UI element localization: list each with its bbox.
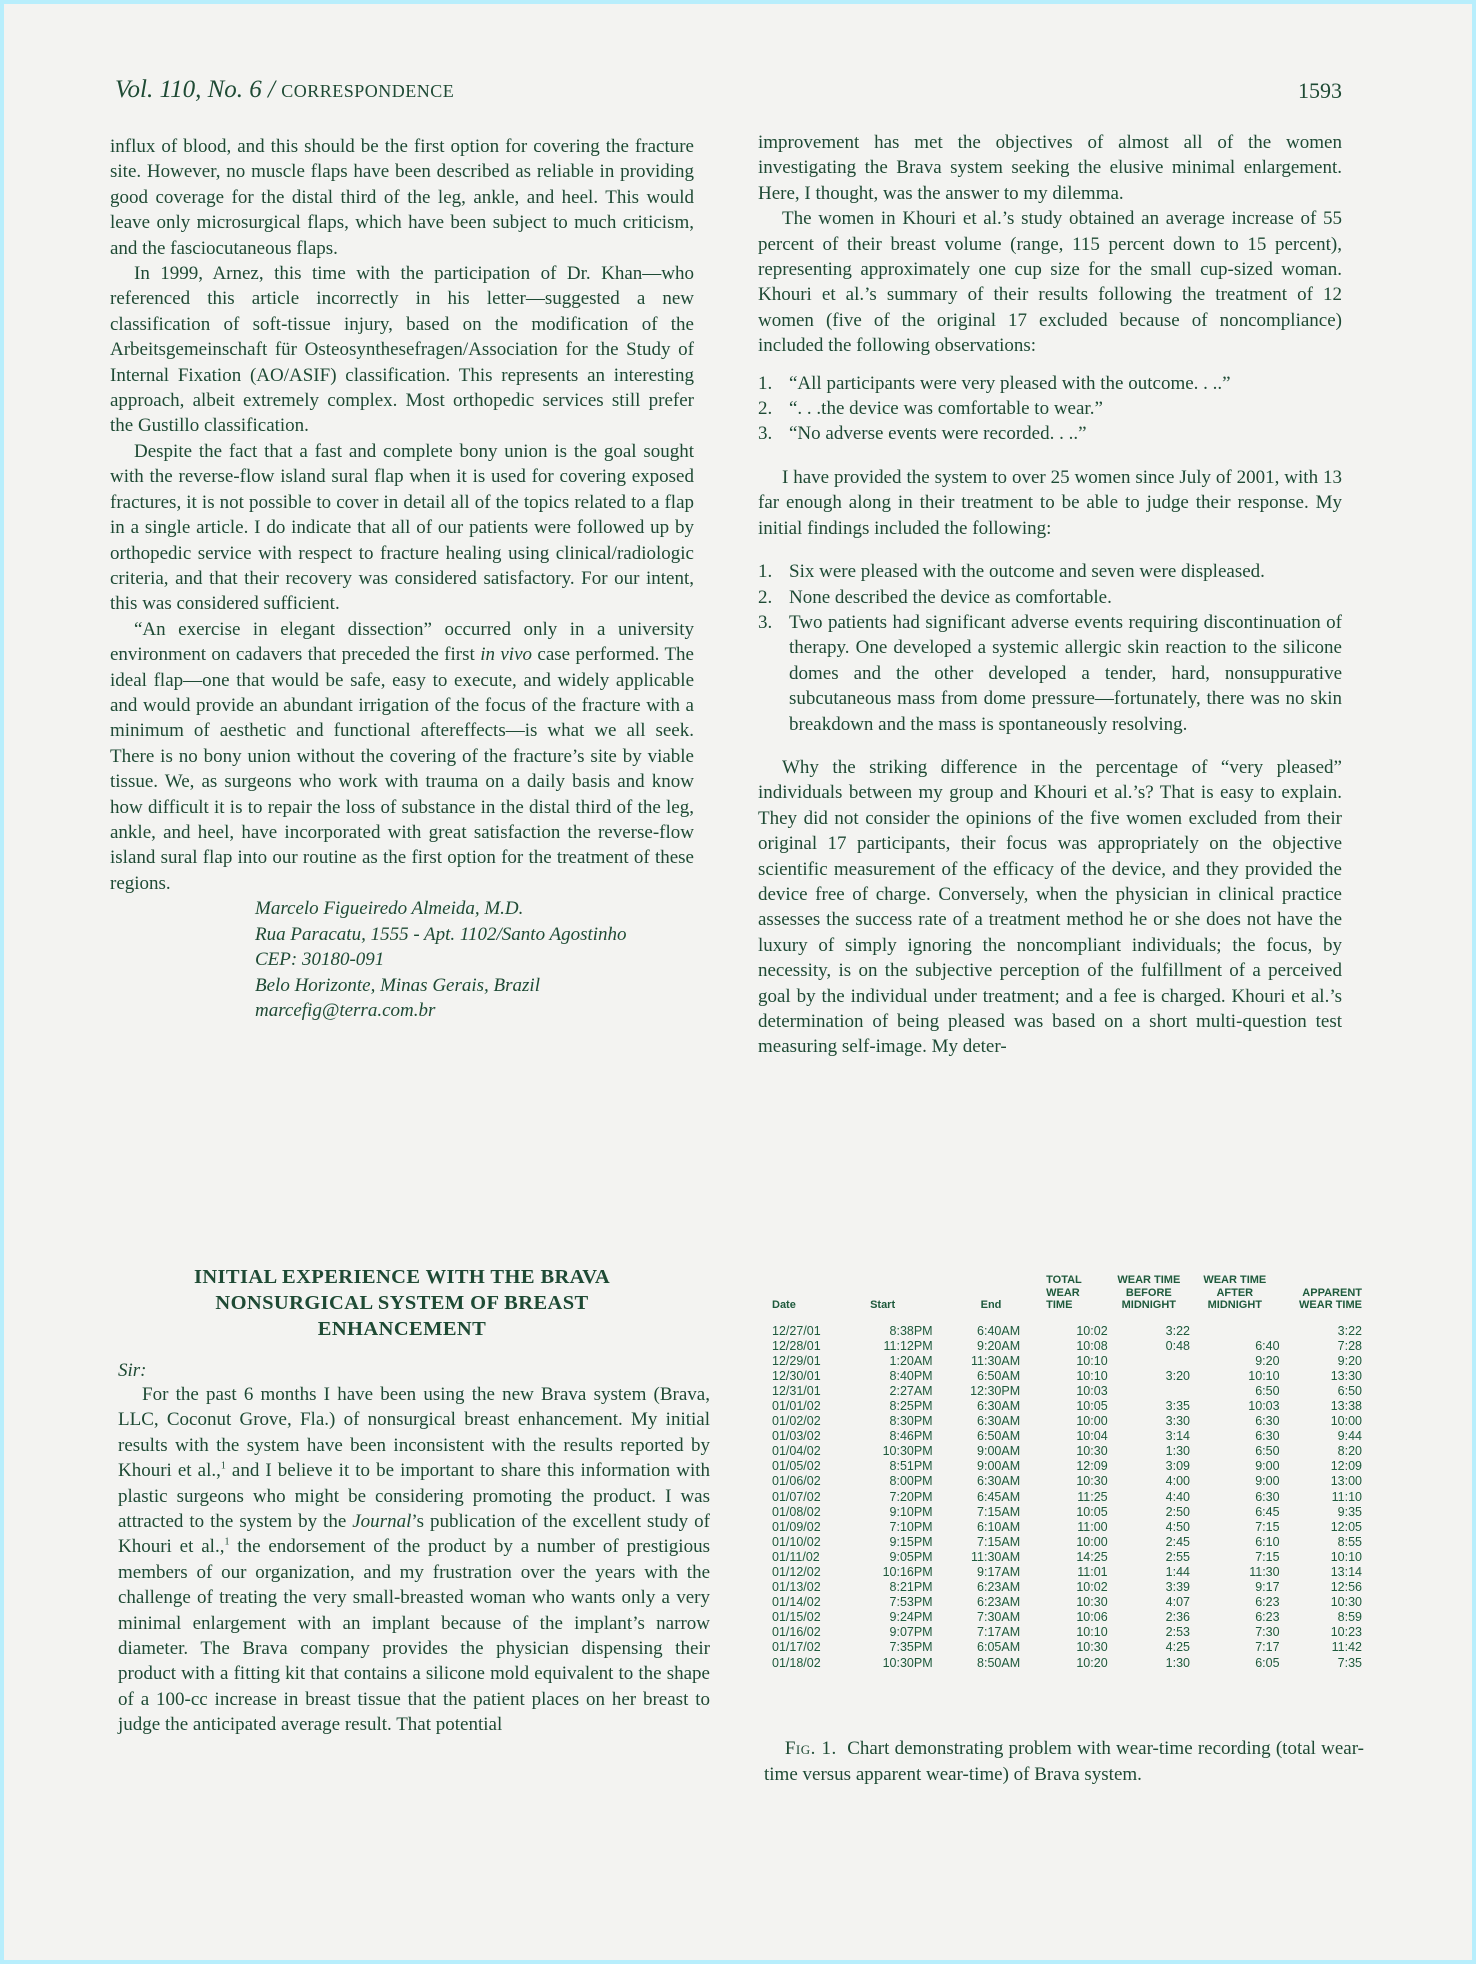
- author-city: Belo Horizonte, Minas Gerais, Brazil: [255, 973, 694, 999]
- cell-end: 9:00AM: [933, 1459, 1021, 1474]
- cell-apparent-wear: 13:00: [1280, 1474, 1362, 1489]
- paragraph: For the past 6 months I have been using …: [118, 1382, 710, 1738]
- cell-apparent-wear: 7:28: [1280, 1339, 1362, 1354]
- cell-apparent-wear: 8:59: [1280, 1610, 1362, 1625]
- cell-end: 9:00AM: [933, 1444, 1021, 1459]
- cell-start: 10:16PM: [844, 1565, 933, 1580]
- cell-after-midnight: 11:30: [1190, 1565, 1280, 1580]
- cell-date: 01/02/02: [772, 1414, 844, 1429]
- cell-total-wear: 10:05: [1020, 1505, 1108, 1520]
- cell-after-midnight: 6:30: [1190, 1490, 1280, 1505]
- author-postal-code: CEP: 30180-091: [255, 947, 694, 973]
- cell-total-wear: 10:30: [1020, 1640, 1108, 1655]
- table-row: 01/13/028:21PM6:23AM10:023:399:1712:56: [772, 1580, 1362, 1595]
- cell-date: 01/09/02: [772, 1520, 844, 1535]
- cell-after-midnight: 6:30: [1190, 1429, 1280, 1444]
- cell-before-midnight: 4:00: [1108, 1474, 1190, 1489]
- cell-before-midnight: 4:40: [1108, 1490, 1190, 1505]
- paragraph: “An exercise in elegant dissection” occu…: [110, 617, 694, 896]
- author-signature: Marcelo Figueiredo Almeida, M.D. Rua Par…: [255, 896, 694, 1024]
- cell-after-midnight: 7:30: [1190, 1625, 1280, 1640]
- table-row: 12/27/018:38PM6:40AM10:023:223:22: [772, 1324, 1362, 1339]
- cell-total-wear: 10:08: [1020, 1339, 1108, 1354]
- cell-start: 8:30PM: [844, 1414, 933, 1429]
- cell-total-wear: 11:01: [1020, 1565, 1108, 1580]
- cell-total-wear: 10:30: [1020, 1474, 1108, 1489]
- cell-before-midnight: 1:30: [1108, 1444, 1190, 1459]
- cell-apparent-wear: 7:35: [1280, 1656, 1362, 1671]
- table-row: 01/01/028:25PM6:30AM10:053:3510:0313:38: [772, 1399, 1362, 1414]
- table-row: 01/16/029:07PM7:17AM10:102:537:3010:23: [772, 1625, 1362, 1640]
- cell-total-wear: 10:04: [1020, 1429, 1108, 1444]
- col-header-before-midnight: WEAR TIMEBEFOREMIDNIGHT: [1108, 1274, 1190, 1324]
- cell-end: 7:17AM: [933, 1625, 1021, 1640]
- cell-end: 6:23AM: [933, 1580, 1021, 1595]
- italic-term: in vivo: [480, 644, 532, 665]
- cell-apparent-wear: 8:20: [1280, 1444, 1362, 1459]
- cell-end: 7:30AM: [933, 1610, 1021, 1625]
- paragraph: influx of blood, and this should be the …: [110, 134, 694, 261]
- table-header-row: Date Start End TOTALWEARTIME WEAR TIMEBE…: [772, 1274, 1362, 1324]
- cell-after-midnight: 10:03: [1190, 1399, 1280, 1414]
- cell-before-midnight: [1108, 1354, 1190, 1369]
- figure-caption: Fig. 1. Chart demonstrating problem with…: [764, 1736, 1364, 1787]
- cell-after-midnight: 6:10: [1190, 1535, 1280, 1550]
- cell-after-midnight: 6:23: [1190, 1595, 1280, 1610]
- cell-apparent-wear: 12:05: [1280, 1520, 1362, 1535]
- table-row: 01/10/029:15PM7:15AM10:002:456:108:55: [772, 1535, 1362, 1550]
- cell-apparent-wear: 3:22: [1280, 1324, 1362, 1339]
- list-item: 1.“All participants were very pleased wi…: [758, 371, 1342, 396]
- cell-after-midnight: 7:17: [1190, 1640, 1280, 1655]
- table-row: 12/31/012:27AM12:30PM10:036:506:50: [772, 1384, 1362, 1399]
- table-row: 01/14/027:53PM6:23AM10:304:076:2310:30: [772, 1595, 1362, 1610]
- col-header-start: Start: [844, 1274, 933, 1324]
- cell-start: 10:30PM: [844, 1656, 933, 1671]
- cell-apparent-wear: 12:09: [1280, 1459, 1362, 1474]
- cell-start: 8:40PM: [844, 1369, 933, 1384]
- section-label: CORRESPONDENCE: [281, 81, 454, 101]
- cell-start: 9:15PM: [844, 1535, 933, 1550]
- table-row: 01/11/029:05PM11:30AM14:252:557:1510:10: [772, 1550, 1362, 1565]
- cell-start: 10:30PM: [844, 1444, 933, 1459]
- cell-total-wear: 10:10: [1020, 1625, 1108, 1640]
- cell-end: 6:10AM: [933, 1520, 1021, 1535]
- cell-total-wear: 10:03: [1020, 1384, 1108, 1399]
- cell-date: 01/12/02: [772, 1565, 844, 1580]
- table-row: 01/06/028:00PM6:30AM10:304:009:0013:00: [772, 1474, 1362, 1489]
- col-header-total-wear-time: TOTALWEARTIME: [1020, 1274, 1108, 1324]
- paragraph: In 1999, Arnez, this time with the parti…: [110, 261, 694, 439]
- author-address: Rua Paracatu, 1555 - Apt. 1102/Santo Ago…: [255, 922, 694, 948]
- author-name: Marcelo Figueiredo Almeida, M.D.: [255, 896, 694, 922]
- cell-end: 9:20AM: [933, 1339, 1021, 1354]
- cell-date: 01/16/02: [772, 1625, 844, 1640]
- table-body: 12/27/018:38PM6:40AM10:023:223:2212/28/0…: [772, 1324, 1362, 1671]
- cell-start: 2:27AM: [844, 1384, 933, 1399]
- cell-after-midnight: 7:15: [1190, 1550, 1280, 1565]
- cell-before-midnight: 0:48: [1108, 1339, 1190, 1354]
- cell-apparent-wear: 10:10: [1280, 1550, 1362, 1565]
- cell-before-midnight: 2:50: [1108, 1505, 1190, 1520]
- cell-total-wear: 10:10: [1020, 1369, 1108, 1384]
- table-row: 12/29/011:20AM11:30AM10:109:209:20: [772, 1354, 1362, 1369]
- cell-end: 6:30AM: [933, 1474, 1021, 1489]
- cell-end: 8:50AM: [933, 1656, 1021, 1671]
- cell-start: 8:25PM: [844, 1399, 933, 1414]
- table-row: 01/17/027:35PM6:05AM10:304:257:1711:42: [772, 1640, 1362, 1655]
- cell-before-midnight: 2:45: [1108, 1535, 1190, 1550]
- cell-apparent-wear: 11:10: [1280, 1490, 1362, 1505]
- table-row: 01/07/027:20PM6:45AM11:254:406:3011:10: [772, 1490, 1362, 1505]
- cell-apparent-wear: 6:50: [1280, 1384, 1362, 1399]
- cell-before-midnight: 3:39: [1108, 1580, 1190, 1595]
- list-item: 3.“No adverse events were recorded. . ..…: [758, 421, 1342, 446]
- cell-date: 01/06/02: [772, 1474, 844, 1489]
- cell-end: 7:15AM: [933, 1505, 1021, 1520]
- table-row: 01/12/0210:16PM9:17AM11:011:4411:3013:14: [772, 1565, 1362, 1580]
- cell-after-midnight: 9:00: [1190, 1474, 1280, 1489]
- cell-after-midnight: 6:05: [1190, 1656, 1280, 1671]
- cell-start: 9:07PM: [844, 1625, 933, 1640]
- cell-after-midnight: 6:30: [1190, 1414, 1280, 1429]
- table-row: 01/05/028:51PM9:00AM12:093:099:0012:09: [772, 1459, 1362, 1474]
- cell-start: 7:53PM: [844, 1595, 933, 1610]
- cell-end: 12:30PM: [933, 1384, 1021, 1399]
- cell-apparent-wear: 9:44: [1280, 1429, 1362, 1444]
- author-email: marcefig@terra.com.br: [255, 998, 694, 1024]
- cell-total-wear: 10:30: [1020, 1444, 1108, 1459]
- paragraph: Why the striking difference in the perce…: [758, 755, 1342, 1060]
- cell-total-wear: 10:10: [1020, 1354, 1108, 1369]
- cell-total-wear: 10:30: [1020, 1595, 1108, 1610]
- cell-date: 01/07/02: [772, 1490, 844, 1505]
- cell-total-wear: 14:25: [1020, 1550, 1108, 1565]
- cell-total-wear: 10:00: [1020, 1535, 1108, 1550]
- cell-apparent-wear: 8:55: [1280, 1535, 1362, 1550]
- cell-apparent-wear: 9:35: [1280, 1505, 1362, 1520]
- cell-end: 6:30AM: [933, 1399, 1021, 1414]
- cell-date: 12/27/01: [772, 1324, 844, 1339]
- cell-date: 12/29/01: [772, 1354, 844, 1369]
- cell-end: 6:30AM: [933, 1414, 1021, 1429]
- cell-before-midnight: [1108, 1384, 1190, 1399]
- cell-end: 6:50AM: [933, 1369, 1021, 1384]
- article-intro: For the past 6 months I have been using …: [118, 1382, 710, 1738]
- cell-apparent-wear: 9:20: [1280, 1354, 1362, 1369]
- article-title: INITIAL EXPERIENCE WITH THE BRAVA NONSUR…: [110, 1264, 694, 1342]
- cell-start: 8:21PM: [844, 1580, 933, 1595]
- cell-apparent-wear: 13:38: [1280, 1399, 1362, 1414]
- cell-before-midnight: 3:35: [1108, 1399, 1190, 1414]
- table-row: 01/08/029:10PM7:15AM10:052:506:459:35: [772, 1505, 1362, 1520]
- cell-after-midnight: 10:10: [1190, 1369, 1280, 1384]
- cell-date: 01/11/02: [772, 1550, 844, 1565]
- cell-end: 11:30AM: [933, 1550, 1021, 1565]
- list-item: 2.“. . .the device was comfortable to we…: [758, 396, 1342, 421]
- cell-apparent-wear: 10:00: [1280, 1414, 1362, 1429]
- cell-before-midnight: 3:20: [1108, 1369, 1190, 1384]
- cell-before-midnight: 2:55: [1108, 1550, 1190, 1565]
- cell-start: 9:24PM: [844, 1610, 933, 1625]
- cell-start: 7:35PM: [844, 1640, 933, 1655]
- cell-apparent-wear: 13:30: [1280, 1369, 1362, 1384]
- cell-after-midnight: 9:17: [1190, 1580, 1280, 1595]
- cell-start: 7:20PM: [844, 1490, 933, 1505]
- cell-before-midnight: 4:50: [1108, 1520, 1190, 1535]
- cell-end: 11:30AM: [933, 1354, 1021, 1369]
- cell-total-wear: 12:09: [1020, 1459, 1108, 1474]
- cell-date: 12/31/01: [772, 1384, 844, 1399]
- cell-start: 7:10PM: [844, 1520, 933, 1535]
- paragraph: improvement has met the objectives of al…: [758, 130, 1342, 206]
- journal-page: Vol. 110, No. 6 / CORRESPONDENCE 1593 in…: [4, 4, 1472, 1960]
- paragraph: The women in Khouri et al.’s study obtai…: [758, 206, 1342, 358]
- cell-start: 8:38PM: [844, 1324, 933, 1339]
- cell-date: 01/04/02: [772, 1444, 844, 1459]
- cell-total-wear: 10:20: [1020, 1656, 1108, 1671]
- cell-before-midnight: 3:22: [1108, 1324, 1190, 1339]
- cell-date: 12/28/01: [772, 1339, 844, 1354]
- right-column: improvement has met the objectives of al…: [758, 130, 1342, 1060]
- col-header-apparent-wear-time: APPARENTWEAR TIME: [1280, 1274, 1362, 1324]
- table-row: 12/30/018:40PM6:50AM10:103:2010:1013:30: [772, 1369, 1362, 1384]
- cell-total-wear: 10:05: [1020, 1399, 1108, 1414]
- col-header-date: Date: [772, 1274, 844, 1324]
- cell-date: 01/17/02: [772, 1640, 844, 1655]
- figure-caption-text: Chart demonstrating problem with wear-ti…: [764, 1738, 1364, 1785]
- cell-before-midnight: 1:44: [1108, 1565, 1190, 1580]
- cell-date: 01/03/02: [772, 1429, 844, 1444]
- cell-after-midnight: 6:50: [1190, 1444, 1280, 1459]
- table-row: 12/28/0111:12PM9:20AM10:080:486:407:28: [772, 1339, 1362, 1354]
- table-row: 01/09/027:10PM6:10AM11:004:507:1512:05: [772, 1520, 1362, 1535]
- cell-start: 8:46PM: [844, 1429, 933, 1444]
- cell-date: 01/08/02: [772, 1505, 844, 1520]
- cell-end: 6:23AM: [933, 1595, 1021, 1610]
- table-row: 01/15/029:24PM7:30AM10:062:366:238:59: [772, 1610, 1362, 1625]
- paragraph: Despite the fact that a fast and complet…: [110, 439, 694, 617]
- cell-end: 6:05AM: [933, 1640, 1021, 1655]
- cell-apparent-wear: 10:30: [1280, 1595, 1362, 1610]
- cell-date: 12/30/01: [772, 1369, 844, 1384]
- cell-before-midnight: 1:30: [1108, 1656, 1190, 1671]
- figure-label: Fig. 1.: [785, 1738, 837, 1759]
- cell-start: 8:00PM: [844, 1474, 933, 1489]
- cell-apparent-wear: 12:56: [1280, 1580, 1362, 1595]
- author-findings-list: 1.Six were pleased with the outcome and …: [758, 559, 1342, 737]
- cell-total-wear: 10:00: [1020, 1414, 1108, 1429]
- cell-total-wear: 10:02: [1020, 1324, 1108, 1339]
- cell-before-midnight: 2:53: [1108, 1625, 1190, 1640]
- cell-date: 01/10/02: [772, 1535, 844, 1550]
- cell-before-midnight: 4:07: [1108, 1595, 1190, 1610]
- cell-start: 9:05PM: [844, 1550, 933, 1565]
- table-row: 01/02/028:30PM6:30AM10:003:306:3010:00: [772, 1414, 1362, 1429]
- list-item: 3.Two patients had significant adverse e…: [758, 610, 1342, 737]
- cell-after-midnight: 9:00: [1190, 1459, 1280, 1474]
- table-row: 01/03/028:46PM6:50AM10:043:146:309:44: [772, 1429, 1362, 1444]
- cell-date: 01/05/02: [772, 1459, 844, 1474]
- cell-before-midnight: 2:36: [1108, 1610, 1190, 1625]
- paragraph: I have provided the system to over 25 wo…: [758, 465, 1342, 541]
- cell-apparent-wear: 13:14: [1280, 1565, 1362, 1580]
- running-head: Vol. 110, No. 6 / CORRESPONDENCE 1593: [115, 76, 1342, 116]
- cell-start: 9:10PM: [844, 1505, 933, 1520]
- cell-end: 6:40AM: [933, 1324, 1021, 1339]
- cell-apparent-wear: 10:23: [1280, 1625, 1362, 1640]
- journal-volume-section: Vol. 110, No. 6 / CORRESPONDENCE: [115, 76, 454, 104]
- col-header-after-midnight: WEAR TIMEAFTERMIDNIGHT: [1190, 1274, 1280, 1324]
- cell-before-midnight: 3:09: [1108, 1459, 1190, 1474]
- cell-after-midnight: 6:45: [1190, 1505, 1280, 1520]
- cell-total-wear: 11:25: [1020, 1490, 1108, 1505]
- cell-after-midnight: 6:40: [1190, 1339, 1280, 1354]
- cell-before-midnight: 3:14: [1108, 1429, 1190, 1444]
- cell-after-midnight: 7:15: [1190, 1520, 1280, 1535]
- cell-after-midnight: [1190, 1324, 1280, 1339]
- cell-total-wear: 10:06: [1020, 1610, 1108, 1625]
- cell-date: 01/14/02: [772, 1595, 844, 1610]
- table-row: 01/18/0210:30PM8:50AM10:201:306:057:35: [772, 1656, 1362, 1671]
- cell-total-wear: 10:02: [1020, 1580, 1108, 1595]
- salutation: Sir:: [118, 1360, 147, 1382]
- cell-after-midnight: 6:23: [1190, 1610, 1280, 1625]
- cell-end: 6:45AM: [933, 1490, 1021, 1505]
- cell-date: 01/18/02: [772, 1656, 844, 1671]
- cell-before-midnight: 4:25: [1108, 1640, 1190, 1655]
- cell-end: 9:17AM: [933, 1565, 1021, 1580]
- cell-date: 01/15/02: [772, 1610, 844, 1625]
- left-column-previous-letter: influx of blood, and this should be the …: [110, 134, 694, 1024]
- table-row: 01/04/0210:30PM9:00AM10:301:306:508:20: [772, 1444, 1362, 1459]
- journal-name: Journal: [352, 1511, 411, 1532]
- cell-date: 01/13/02: [772, 1580, 844, 1595]
- list-item: 1.Six were pleased with the outcome and …: [758, 559, 1342, 584]
- cell-start: 11:12PM: [844, 1339, 933, 1354]
- list-item: 2.None described the device as comfortab…: [758, 585, 1342, 610]
- page-number: 1593: [1298, 78, 1342, 104]
- cell-start: 1:20AM: [844, 1354, 933, 1369]
- cell-before-midnight: 3:30: [1108, 1414, 1190, 1429]
- khouri-observations-list: 1.“All participants were very pleased wi…: [758, 371, 1342, 447]
- cell-apparent-wear: 11:42: [1280, 1640, 1362, 1655]
- cell-after-midnight: 6:50: [1190, 1384, 1280, 1399]
- volume-label: Vol. 110, No. 6 /: [115, 76, 275, 103]
- cell-total-wear: 11:00: [1020, 1520, 1108, 1535]
- cell-start: 8:51PM: [844, 1459, 933, 1474]
- cell-end: 6:50AM: [933, 1429, 1021, 1444]
- cell-end: 7:15AM: [933, 1535, 1021, 1550]
- wear-time-table: Date Start End TOTALWEARTIME WEAR TIMEBE…: [772, 1274, 1362, 1671]
- cell-after-midnight: 9:20: [1190, 1354, 1280, 1369]
- cell-date: 01/01/02: [772, 1399, 844, 1414]
- col-header-end: End: [933, 1274, 1021, 1324]
